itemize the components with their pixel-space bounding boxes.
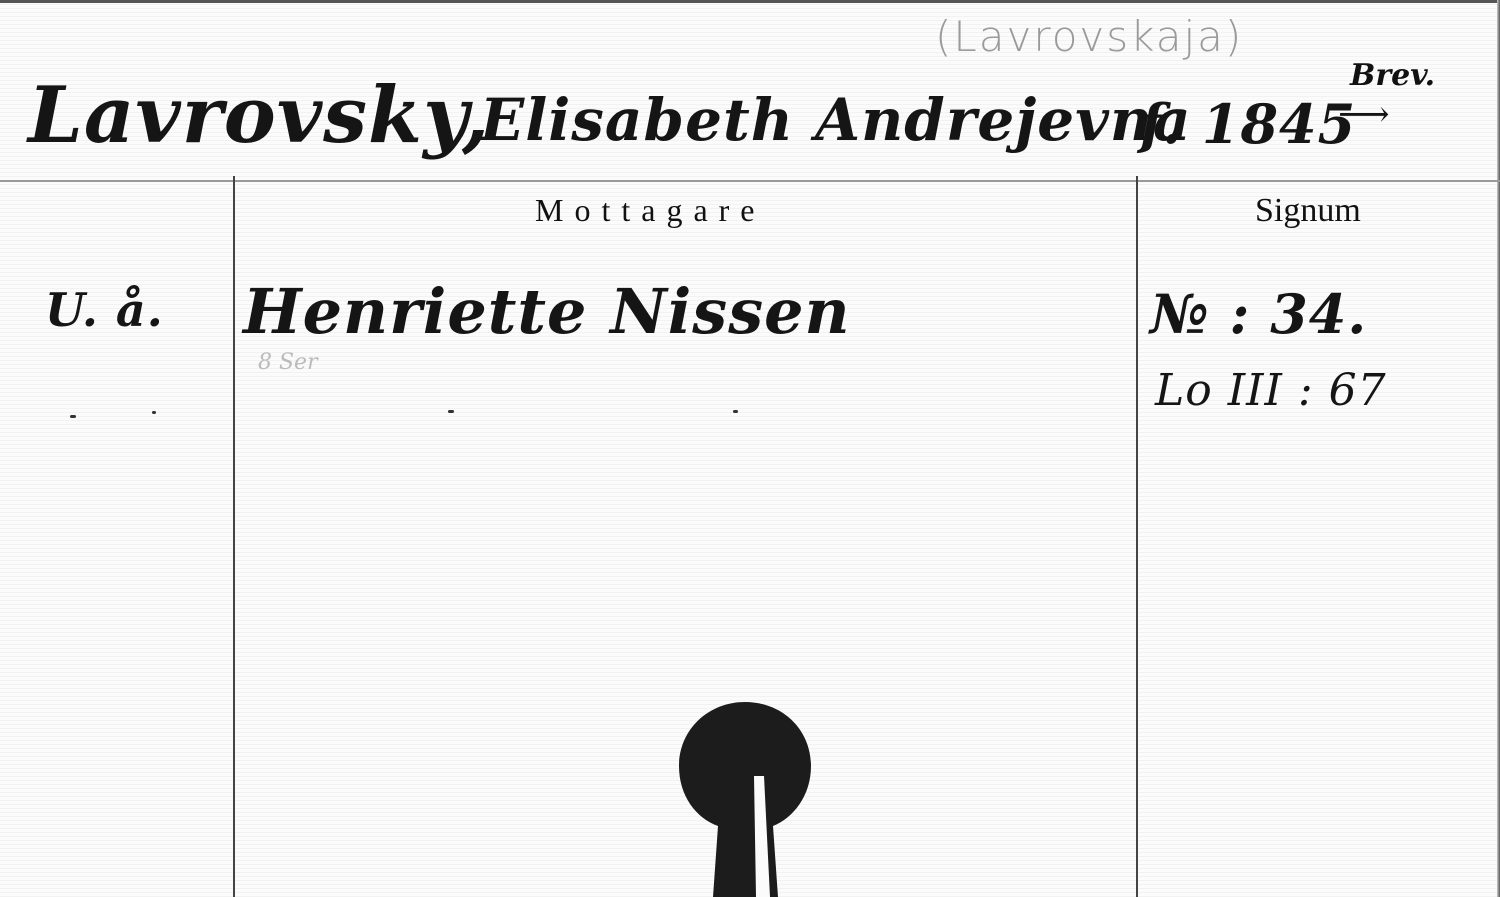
card-top-edge [0,0,1500,3]
header-rule [0,180,1500,182]
faint-pencil-note: 8 Ser [258,350,318,375]
heading-given-names: Elisabeth Andrejevna [480,86,1192,154]
heading-birth: f. 1845 [1140,92,1356,156]
filing-keyhole-punch [678,700,812,897]
category-label: Brev. [1350,58,1435,93]
entry-signum-line1: № : 34. [1150,282,1367,346]
entry-recipient: Henriette Nissen [243,275,851,348]
column-header-signum: Signum [1255,192,1361,230]
entry-signum-line2: Lo III : 67 [1155,365,1387,416]
ink-mark [152,411,156,414]
column-header-mottagare: Mottagare [535,192,766,229]
heading-surname: Lavrovsky, [28,70,490,161]
ink-mark [448,410,454,413]
column-divider-left [233,176,235,897]
entry-date: U. å. [45,283,164,337]
ink-mark [733,410,738,413]
column-divider-right [1136,176,1138,897]
heading-arrow: ⟶ [1338,94,1391,135]
ink-mark [70,415,76,418]
alt-name-pencil: (Lavrovskaja) [935,12,1243,61]
